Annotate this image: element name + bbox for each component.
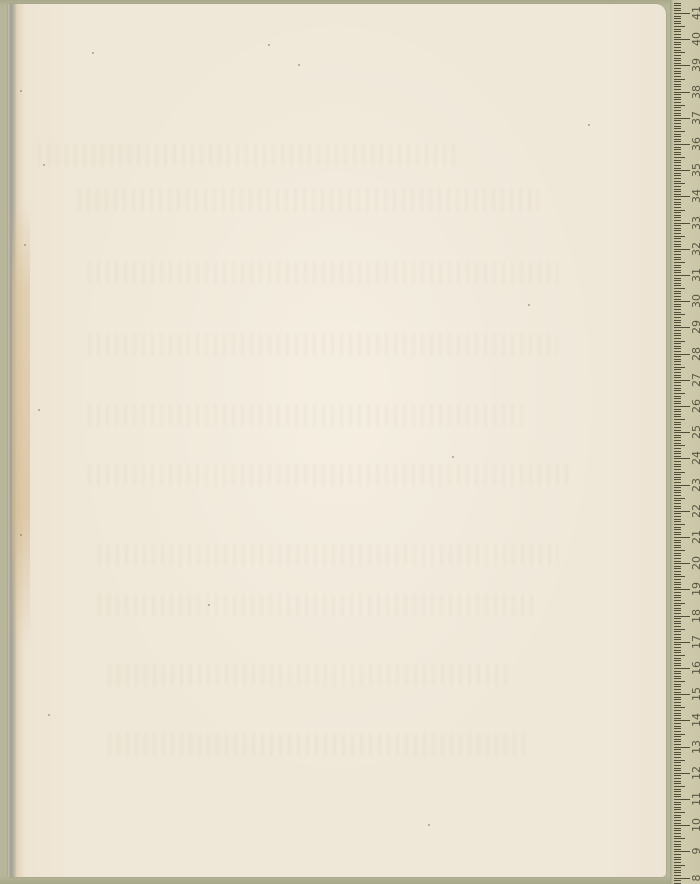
ruler-half-cm-tick (674, 262, 685, 263)
ruler-mm-tick (674, 495, 681, 496)
ruler-mm-tick (674, 5, 681, 6)
ruler-mm-tick (674, 660, 681, 661)
ruler-mm-tick (674, 217, 681, 218)
ruler-mm-tick (674, 718, 681, 719)
ruler-mm-tick (674, 47, 681, 48)
ruler-mm-tick (674, 173, 681, 174)
ruler-half-cm-tick (674, 367, 685, 368)
ruler-mm-tick (674, 325, 681, 326)
ruler-number: 25 (691, 421, 700, 443)
ruler-cm-tick (674, 432, 690, 433)
ruler-mm-tick (674, 574, 681, 575)
ruler-mm-tick (674, 283, 681, 284)
ruler-mm-tick (674, 833, 681, 834)
ruler-mm-tick (674, 870, 681, 871)
ruler-mm-tick (674, 723, 681, 724)
paper-speck (20, 534, 22, 536)
ruler-cm-tick (674, 825, 690, 826)
ruler-mm-tick (674, 448, 681, 449)
ruler-mm-tick (674, 857, 681, 858)
ruler-mm-tick (674, 836, 681, 837)
ruler-mm-tick (674, 10, 681, 11)
ruler-mm-tick (674, 356, 681, 357)
ruler-mm-tick (674, 139, 681, 140)
ruler-mm-tick (674, 63, 681, 64)
ruler-mm-tick (674, 160, 681, 161)
ruler-mm-tick (674, 398, 681, 399)
ruler-mm-tick (674, 555, 681, 556)
ruler-mm-tick (674, 94, 681, 95)
ruler-mm-tick (674, 841, 681, 842)
ruler-half-cm-tick (674, 524, 685, 525)
ruler-mm-tick (674, 634, 681, 635)
ruler-mm-tick (674, 107, 681, 108)
ruler-mm-tick (674, 16, 681, 17)
ruler-mm-tick (674, 768, 681, 769)
ruler-mm-tick (674, 872, 681, 873)
ruler-number: 20 (691, 552, 700, 574)
ruler-half-cm-tick (674, 131, 685, 132)
ruler-mm-tick (674, 582, 681, 583)
ruler-mm-tick (674, 443, 681, 444)
paper-speck (92, 52, 94, 54)
ruler-number: 37 (691, 107, 700, 129)
ruler-mm-tick (674, 241, 681, 242)
ruler-cm-tick (674, 196, 690, 197)
ruler-mm-tick (674, 21, 681, 22)
ruler-mm-tick (674, 225, 681, 226)
show-through-line (88, 334, 558, 356)
ruler-mm-tick (674, 186, 681, 187)
ruler-mm-tick (674, 204, 681, 205)
ruler-number: 18 (691, 605, 700, 627)
ruler-mm-tick (674, 789, 681, 790)
ruler-mm-tick (674, 781, 681, 782)
ruler-cm-tick (674, 92, 690, 93)
ruler-mm-tick (674, 330, 681, 331)
ruler-mm-tick (674, 461, 681, 462)
ruler-half-cm-tick (674, 865, 685, 866)
ruler-number: 14 (691, 709, 700, 731)
paper-speck (268, 44, 270, 46)
ruler-mm-tick (674, 618, 681, 619)
ruler-mm-tick (674, 854, 681, 855)
ruler-mm-tick (674, 23, 681, 24)
ruler-cm-tick (674, 642, 690, 643)
ruler-mm-tick (674, 765, 681, 766)
ruler-mm-tick (674, 752, 681, 753)
ruler-mm-tick (674, 673, 681, 674)
ruler-mm-tick (674, 382, 681, 383)
ruler-mm-tick (674, 306, 681, 307)
ruler-number: 34 (691, 185, 700, 207)
ruler-mm-tick (674, 684, 681, 685)
ruler-mm-tick (674, 97, 681, 98)
ruler-mm-tick (674, 76, 681, 77)
ruler-mm-tick (674, 736, 681, 737)
ruler-mm-tick (674, 320, 681, 321)
ruler-cm-tick (674, 458, 690, 459)
ruler-mm-tick (674, 728, 681, 729)
ruler-mm-tick (674, 521, 681, 522)
ruler-number: 19 (691, 578, 700, 600)
ruler-mm-tick (674, 597, 681, 598)
ruler-mm-tick (674, 272, 681, 273)
ruler-half-cm-tick (674, 288, 685, 289)
paper-speck (43, 164, 45, 166)
ruler-mm-tick (674, 613, 681, 614)
ruler-mm-tick (674, 626, 681, 627)
ruler-mm-tick (674, 561, 681, 562)
ruler-half-cm-tick (674, 629, 685, 630)
ruler-mm-tick (674, 280, 681, 281)
ruler-mm-tick (674, 453, 681, 454)
ruler-mm-tick (674, 207, 681, 208)
ruler-mm-tick (674, 228, 681, 229)
ruler-mm-tick (674, 540, 681, 541)
ruler-mm-tick (674, 202, 681, 203)
ruler-mm-tick (674, 652, 681, 653)
ruler-mm-tick (674, 553, 681, 554)
ruler-mm-tick (674, 128, 681, 129)
ruler-mm-tick (674, 435, 681, 436)
ruler-mm-tick (674, 422, 681, 423)
ruler-mm-tick (674, 278, 681, 279)
ruler-mm-tick (674, 770, 681, 771)
ruler-mm-tick (674, 503, 681, 504)
ruler-half-cm-tick (674, 550, 685, 551)
ruler-mm-tick (674, 516, 681, 517)
ruler-mm-tick (674, 817, 681, 818)
ruler-mm-tick (674, 823, 681, 824)
ruler-mm-tick (674, 147, 681, 148)
ruler-mm-tick (674, 115, 681, 116)
ruler-half-cm-tick (674, 341, 685, 342)
ruler-mm-tick (674, 361, 681, 362)
ruler-mm-tick (674, 44, 681, 45)
ruler-number: 36 (691, 133, 700, 155)
ruler-mm-tick (674, 702, 681, 703)
ruler-mm-tick (674, 322, 681, 323)
ruler-cm-tick (674, 170, 690, 171)
ruler-mm-tick (674, 265, 681, 266)
ruler-mm-tick (674, 372, 681, 373)
ruler-mm-tick (674, 775, 681, 776)
ruler-cm-tick (674, 485, 690, 486)
blank-page (8, 4, 666, 877)
ruler-cm-tick (674, 616, 690, 617)
ruler-mm-tick (674, 558, 681, 559)
ruler-mm-tick (674, 568, 681, 569)
ruler-cm-tick (674, 354, 690, 355)
ruler-mm-tick (674, 430, 681, 431)
ruler-mm-tick (674, 411, 681, 412)
ruler-mm-tick (674, 267, 681, 268)
ruler-half-cm-tick (674, 210, 685, 211)
ruler-half-cm-tick (674, 314, 685, 315)
ruler-mm-tick (674, 490, 681, 491)
ruler-mm-tick (674, 678, 681, 679)
ruler-mm-tick (674, 102, 681, 103)
ruler-mm-tick (674, 385, 681, 386)
ruler-number: 31 (691, 264, 700, 286)
show-through-line (78, 189, 538, 211)
ruler-mm-tick (674, 479, 681, 480)
ruler-mm-tick (674, 791, 681, 792)
ruler-mm-tick (674, 343, 681, 344)
ruler-mm-tick (674, 587, 681, 588)
ruler-mm-tick (674, 477, 681, 478)
ruler-mm-tick (674, 713, 681, 714)
ruler-cm-tick (674, 249, 690, 250)
ruler-mm-tick (674, 689, 681, 690)
ruler-mm-tick (674, 414, 681, 415)
ruler-mm-tick (674, 815, 681, 816)
ruler-half-cm-tick (674, 681, 685, 682)
ruler-cm-tick (674, 118, 690, 119)
ruler-number: 41 (691, 2, 700, 24)
ruler-mm-tick (674, 50, 681, 51)
ruler-half-cm-tick (674, 498, 685, 499)
ruler-cm-tick (674, 878, 690, 879)
ruler-mm-tick (674, 31, 681, 32)
ruler-mm-tick (674, 390, 681, 391)
ruler-mm-tick (674, 726, 681, 727)
ruler-cm-tick (674, 301, 690, 302)
ruler-mm-tick (674, 592, 681, 593)
ruler-number: 27 (691, 369, 700, 391)
ruler-cm-tick (674, 144, 690, 145)
ruler-cm-tick (674, 223, 690, 224)
show-through-line (88, 262, 558, 284)
ruler-mm-tick (674, 584, 681, 585)
ruler-mm-tick (674, 285, 681, 286)
paper-speck (298, 64, 300, 66)
paper-speck (24, 244, 26, 246)
ruler-cm-tick (674, 563, 690, 564)
ruler-mm-tick (674, 500, 681, 501)
ruler-half-cm-tick (674, 603, 685, 604)
ruler-mm-tick (674, 466, 681, 467)
ruler-mm-tick (674, 3, 681, 4)
ruler-mm-tick (674, 754, 681, 755)
ruler-half-cm-tick (674, 183, 685, 184)
ruler-mm-tick (674, 621, 681, 622)
ruler-mm-tick (674, 492, 681, 493)
ruler-mm-tick (674, 663, 681, 664)
ruler-number: 22 (691, 500, 700, 522)
ruler-half-cm-tick (674, 734, 685, 735)
ruler-mm-tick (674, 388, 681, 389)
ruler-mm-tick (674, 257, 681, 258)
ruler-mm-tick (674, 230, 681, 231)
ruler-mm-tick (674, 73, 681, 74)
ruler-cm-tick (674, 851, 690, 852)
ruler-mm-tick (674, 566, 681, 567)
ruler-number: 9 (691, 840, 700, 862)
ruler-number: 39 (691, 54, 700, 76)
ruler-mm-tick (674, 705, 681, 706)
ruler-mm-tick (674, 424, 681, 425)
ruler-mm-tick (674, 631, 681, 632)
show-through-line (108, 664, 508, 686)
ruler-mm-tick (674, 42, 681, 43)
ruler-number: 16 (691, 657, 700, 679)
ruler-mm-tick (674, 456, 681, 457)
ruler-mm-tick (674, 844, 681, 845)
ruler-number: 15 (691, 683, 700, 705)
ruler-mm-tick (674, 162, 681, 163)
show-through-line (38, 144, 458, 166)
ruler-cm-tick (674, 13, 690, 14)
ruler-mm-tick (674, 658, 681, 659)
ruler-mm-tick (674, 364, 681, 365)
ruler-mm-tick (674, 600, 681, 601)
ruler-mm-tick (674, 513, 681, 514)
ruler-mm-tick (674, 123, 681, 124)
spine-stain (12, 204, 30, 644)
ruler-mm-tick (674, 309, 681, 310)
ruler-mm-tick (674, 762, 681, 763)
ruler-mm-tick (674, 178, 681, 179)
ruler-mm-tick (674, 469, 681, 470)
ruler-cm-tick (674, 39, 690, 40)
ruler-mm-tick (674, 545, 681, 546)
ruler-mm-tick (674, 416, 681, 417)
ruler-cm-tick (674, 668, 690, 669)
ruler-mm-tick (674, 409, 681, 410)
ruler-cm-tick (674, 406, 690, 407)
ruler-mm-tick (674, 403, 681, 404)
ruler-mm-tick (674, 191, 681, 192)
ruler-mm-tick (674, 862, 681, 863)
ruler-mm-tick (674, 238, 681, 239)
ruler-number: 13 (691, 736, 700, 758)
paper-speck (528, 304, 530, 306)
ruler-mm-tick (674, 527, 681, 528)
ruler-half-cm-tick (674, 26, 685, 27)
ruler-mm-tick (674, 830, 681, 831)
ruler-mm-tick (674, 647, 681, 648)
show-through-line (108, 734, 528, 756)
ruler-number: 26 (691, 395, 700, 417)
ruler-mm-tick (674, 86, 681, 87)
ruler-mm-tick (674, 259, 681, 260)
ruler-mm-tick (674, 749, 681, 750)
ruler-mm-tick (674, 802, 681, 803)
ruler-cm-tick (674, 694, 690, 695)
ruler-number: 17 (691, 631, 700, 653)
ruler-mm-tick (674, 68, 681, 69)
ruler-number: 24 (691, 447, 700, 469)
ruler-mm-tick (674, 396, 681, 397)
ruler-mm-tick (674, 506, 681, 507)
ruler-half-cm-tick (674, 472, 685, 473)
ruler-mm-tick (674, 794, 681, 795)
ruler-mm-tick (674, 141, 681, 142)
ruler-mm-tick (674, 451, 681, 452)
ruler-mm-tick (674, 692, 681, 693)
ruler-mm-tick (674, 293, 681, 294)
ruler-mm-tick (674, 482, 681, 483)
ruler-mm-tick (674, 650, 681, 651)
ruler-mm-tick (674, 595, 681, 596)
ruler-mm-tick (674, 149, 681, 150)
ruler-mm-tick (674, 99, 681, 100)
ruler-mm-tick (674, 55, 681, 56)
ruler-number: 10 (691, 814, 700, 836)
ruler-mm-tick (674, 212, 681, 213)
ruler-half-cm-tick (674, 655, 685, 656)
ruler-cm-tick (674, 537, 690, 538)
ruler-half-cm-tick (674, 419, 685, 420)
ruler-number: 23 (691, 474, 700, 496)
ruler-number: 21 (691, 526, 700, 548)
ruler-mm-tick (674, 312, 681, 313)
ruler-mm-tick (674, 359, 681, 360)
ruler-mm-tick (674, 299, 681, 300)
ruler-number: 11 (691, 788, 700, 810)
ruler-mm-tick (674, 608, 681, 609)
ruler-half-cm-tick (674, 576, 685, 577)
ruler-mm-tick (674, 867, 681, 868)
ruler-number: 28 (691, 343, 700, 365)
ruler-mm-tick (674, 686, 681, 687)
ruler-mm-tick (674, 71, 681, 72)
ruler-mm-tick (674, 610, 681, 611)
ruler-mm-tick (674, 427, 681, 428)
ruler-mm-tick (674, 369, 681, 370)
ruler-mm-tick (674, 547, 681, 548)
ruler-mm-tick (674, 113, 681, 114)
ruler-half-cm-tick (674, 79, 685, 80)
ruler-mm-tick (674, 665, 681, 666)
ruler-mm-tick (674, 37, 681, 38)
ruler-mm-tick (674, 804, 681, 805)
ruler-mm-tick (674, 8, 681, 9)
ruler-mm-tick (674, 351, 681, 352)
ruler-mm-tick (674, 741, 681, 742)
ruler-half-cm-tick (674, 812, 685, 813)
ruler-mm-tick (674, 199, 681, 200)
ruler-cm-tick (674, 275, 690, 276)
ruler-mm-tick (674, 110, 681, 111)
paper-speck (38, 409, 40, 411)
ruler-half-cm-tick (674, 52, 685, 53)
ruler-mm-tick (674, 637, 681, 638)
paper-speck (452, 456, 454, 458)
ruler-mm-tick (674, 18, 681, 19)
ruler-mm-tick (674, 519, 681, 520)
ruler-half-cm-tick (674, 445, 685, 446)
ruler-mm-tick (674, 739, 681, 740)
ruler-mm-tick (674, 846, 681, 847)
ruler-number: 12 (691, 762, 700, 784)
ruler-mm-tick (674, 152, 681, 153)
ruler-mm-tick (674, 875, 681, 876)
show-through-line (98, 544, 558, 566)
ruler-half-cm-tick (674, 393, 685, 394)
ruler-mm-tick (674, 623, 681, 624)
ruler-mm-tick (674, 880, 681, 881)
ruler-cm-tick (674, 380, 690, 381)
ruler-mm-tick (674, 710, 681, 711)
ruler-mm-tick (674, 317, 681, 318)
ruler-mm-tick (674, 757, 681, 758)
ruler-mm-tick (674, 215, 681, 216)
ruler-cm-tick (674, 65, 690, 66)
ruler-mm-tick (674, 605, 681, 606)
